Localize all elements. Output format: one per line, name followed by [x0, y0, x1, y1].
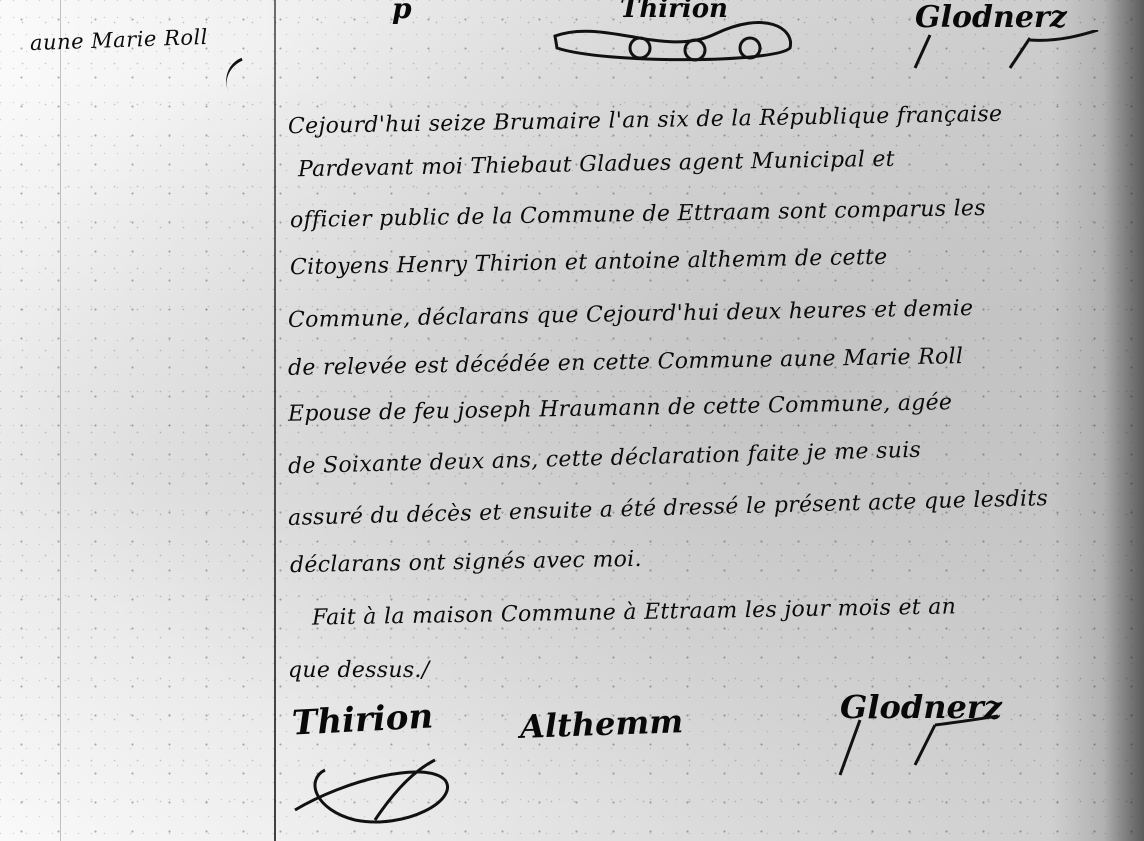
margin-rule — [274, 0, 276, 841]
page-edge-shadow — [1104, 0, 1144, 841]
signature-flourish-icon — [900, 30, 1100, 70]
signature-thirion: Thirion — [291, 696, 434, 743]
body-line-5: Commune, déclarans que Cejourd'hui deux … — [288, 296, 974, 333]
signature-flourish-icon — [285, 740, 485, 830]
signature-flourish-icon — [545, 18, 805, 68]
body-line-2: Pardevant moi Thiebaut Gladues agent Mun… — [298, 147, 895, 182]
top-fragment-mark: p — [392, 0, 412, 25]
margin-note-flourish — [218, 58, 252, 92]
closing-line-2: que dessus./ — [288, 658, 429, 683]
body-line-1: Cejourd'hui seize Brumaire l'an six de l… — [288, 102, 1003, 139]
signature-althemm: Althemm — [519, 702, 683, 746]
closing-line-1: Fait à la maison Commune à Ettraam les j… — [312, 594, 957, 630]
body-line-6: de relevée est décédée en cette Commune … — [288, 344, 964, 381]
body-line-8: de Soixante deux ans, cette déclaration … — [288, 438, 922, 480]
signature-glodnerz: Glodnerz — [840, 688, 1002, 726]
faint-ruling-line — [60, 0, 61, 841]
top-signature-center: Thirion — [620, 0, 728, 24]
body-line-4: Citoyens Henry Thirion et antoine althem… — [290, 245, 888, 280]
body-line-10: déclarans ont signés avec moi. — [290, 547, 642, 578]
document-scan: aune Marie Roll p Thirion Glodnerz Cejou… — [0, 0, 1144, 841]
top-signature-right: Glodnerz — [915, 0, 1067, 35]
body-line-3: officier public de la Commune de Ettraam… — [290, 196, 986, 233]
body-line-9: assuré du décès et ensuite a été dressé … — [288, 486, 1049, 531]
margin-note: aune Marie Roll — [30, 25, 209, 55]
body-line-7: Epouse de feu joseph Hraumann de cette C… — [288, 390, 953, 427]
